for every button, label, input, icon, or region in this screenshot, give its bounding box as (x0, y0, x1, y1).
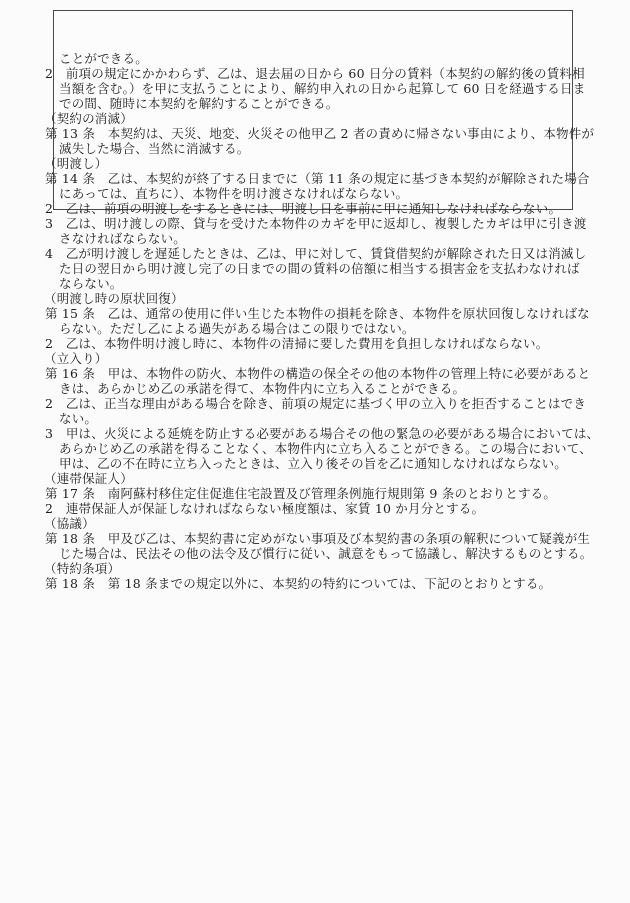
text-line: 第 18 条 甲及び乙は、本契約書に定めがない事項及び本契約書の条項の解釈につい… (0, 531, 630, 546)
text-line: 甲は、乙の不在時に立ち入ったときは、立入り後その旨を乙に通知しなければならない。 (0, 456, 630, 471)
text-line: 2 乙は、本物件明け渡し時に、本物件の清掃に要した費用を負担しなければならない。 (0, 336, 630, 351)
text-line: にあっては、直ちに）、本物件を明け渡さなければならない。 (0, 186, 630, 201)
text-line: 4 乙が明け渡しを遅延したときは、乙は、甲に対して、賃貸借契約が解除された日又は… (0, 246, 630, 261)
text-line: 第 15 条 乙は、通常の使用に伴い生じた本物件の損耗を除き、本物件を原状回復し… (0, 306, 630, 321)
text-line: （明渡し時の原状回復） (0, 291, 630, 306)
text-line: さなければならない。 (0, 231, 630, 246)
text-line: （特約条項） (0, 561, 630, 576)
text-line: （明渡し） (0, 156, 630, 171)
contract-page: ことができる。2 前項の規定にかかわらず、乙は、退去届の日から 60 日分の賃料… (0, 0, 630, 903)
text-line: 第 13 条 本契約は、天災、地変、火災その他甲乙 2 者の責めに帰さない事由に… (0, 126, 630, 141)
text-line: 第 17 条 南阿蘇村移住定住促進住宅設置及び管理条例施行規則第 9 条のとおり… (0, 486, 630, 501)
text-line: ことができる。 (0, 51, 630, 66)
text-line: 第 14 条 乙は、本契約が終了する日までに（第 11 条の規定に基づき本契約が… (0, 171, 630, 186)
text-line: （立入り） (0, 351, 630, 366)
text-line: 当額を含む。）を甲に支払うことにより、解約申入れの日から起算して 60 日を経過… (0, 81, 630, 96)
text-line: あらかじめ乙の承諾を得ることなく、本物件内に立ち入ることができる。この場合におい… (0, 441, 630, 456)
text-line: じた場合は、民法その他の法令及び慣行に従い、誠意をもって協議し、解決するものとす… (0, 546, 630, 561)
text-line: （協議） (0, 516, 630, 531)
text-line: きは、あらかじめ乙の承諾を得て、本物件内に立ち入ることができる。 (0, 381, 630, 396)
text-line: 2 乙は、正当な理由がある場合を除き、前項の規定に基づく甲の立入りを拒否すること… (0, 396, 630, 411)
text-line: た日の翌日から明け渡し完了の日までの間の賃料の倍額に相当する損害金を支払わなけれ… (0, 261, 630, 276)
text-line: 3 甲は、火災による延焼を防止する必要がある場合その他の緊急の必要がある場合にお… (0, 426, 630, 441)
text-line: 第 16 条 甲は、本物件の防火、本物件の構造の保全その他の本物件の管理上特に必… (0, 366, 630, 381)
text-line: 滅失した場合、当然に消滅する。 (0, 141, 630, 156)
text-line: ない。 (0, 411, 630, 426)
text-line: （連帯保証人） (0, 471, 630, 486)
contract-body: ことができる。2 前項の規定にかかわらず、乙は、退去届の日から 60 日分の賃料… (0, 51, 630, 591)
text-line: ならない。 (0, 276, 630, 291)
text-line: らない。ただし乙による過失がある場合はこの限りではない。 (0, 321, 630, 336)
text-line: 3 乙は、明け渡しの際、貸与を受けた本物件のカギを甲に返却し、複製したカギは甲に… (0, 216, 630, 231)
text-line: 2 乙は、前項の明渡しをするときには、明渡し日を事前に甲に通知しなければならない… (0, 201, 630, 216)
text-line: 2 前項の規定にかかわらず、乙は、退去届の日から 60 日分の賃料（本契約の解約… (0, 66, 630, 81)
text-line: （契約の消滅） (0, 111, 630, 126)
text-line: での間、随時に本契約を解約することができる。 (0, 96, 630, 111)
text-line: 第 18 条 第 18 条までの規定以外に、本契約の特約については、下記のとおり… (0, 576, 630, 591)
text-line: 2 連帯保証人が保証しなければならない極度額は、家賃 10 か月分とする。 (0, 501, 630, 516)
